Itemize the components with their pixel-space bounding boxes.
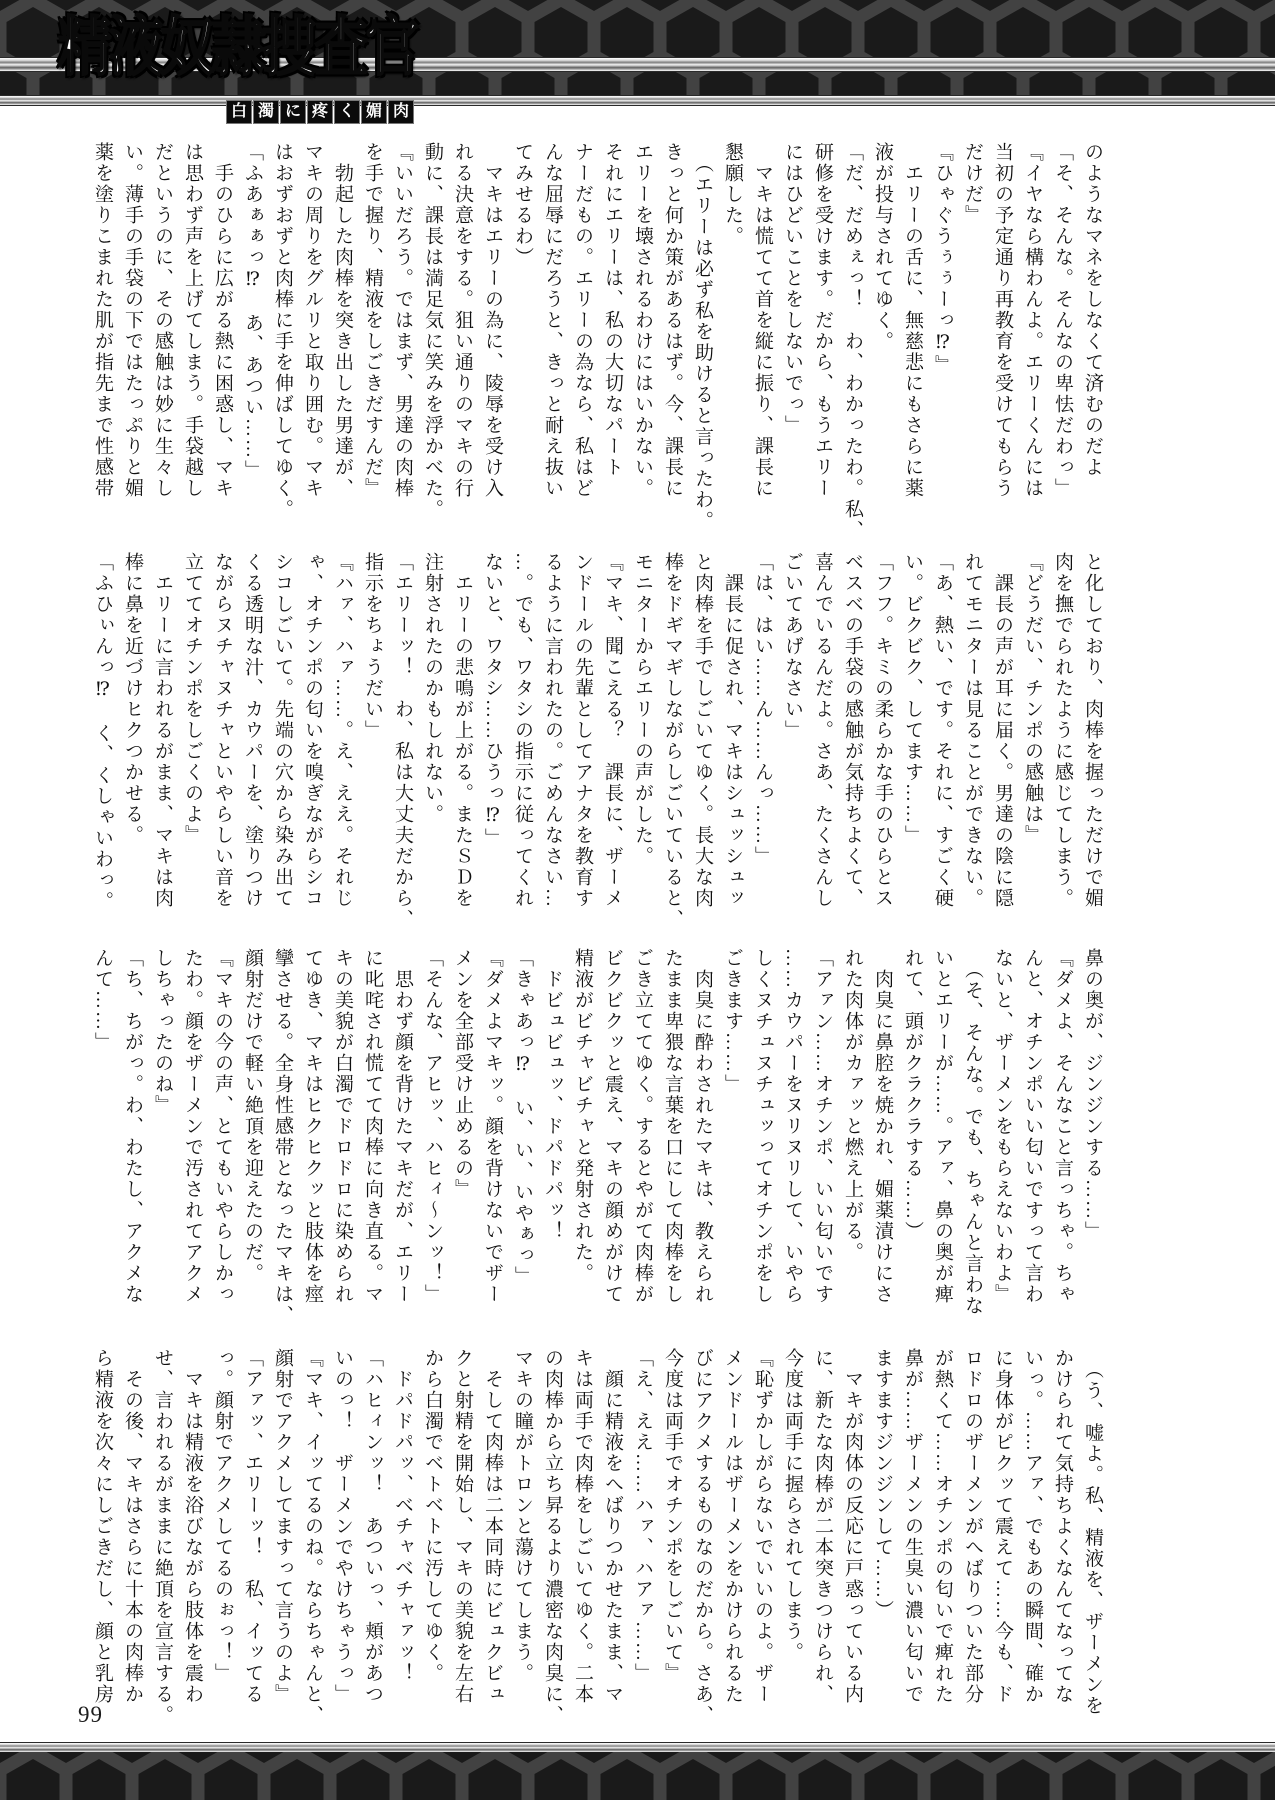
- text-column: マキが肉体の反応に戸惑っている内: [837, 1348, 867, 1720]
- text-column: 「アァッ、エリーッ！ 私、イッてる: [237, 1348, 267, 1720]
- text-column: に身体がピクッて震えて……今も、ド: [987, 1348, 1017, 1720]
- text-column: 肉を撫でられたように感じてしまう。: [1047, 552, 1077, 924]
- text-column: 喜んでいるんだよ。さあ、たくさんし: [807, 552, 837, 924]
- text-column: （エリーは必ず私を助けると言ったわ。: [687, 142, 717, 514]
- text-column: 「だ、だめぇっ！ わ、わかったわ。私、: [837, 142, 867, 514]
- text-column: 『マキの今の声、とてもいやらしかっ: [207, 948, 237, 1320]
- text-column: れる決意をする。狙い通りのマキの行: [447, 142, 477, 514]
- metallic-divider-top-2: [0, 95, 1275, 106]
- page-header-banner: 精液奴隷捜査官 白濁に疼く媚肉: [0, 0, 1275, 128]
- text-column: ゃ、オチンポの匂いを嗅ぎながらシコ: [297, 552, 327, 924]
- text-column: エリーに言われるがまま、マキは肉: [147, 552, 177, 924]
- book-subtitle-char: 肉: [389, 101, 413, 123]
- text-column: かけられて気持ちよくなんてなってな: [1047, 1348, 1077, 1720]
- text-column: 攣させる。全身性感帯となったマキは、: [267, 948, 297, 1320]
- text-column: メンドールはザーメンをかけられるた: [717, 1348, 747, 1720]
- text-column: モニターからエリーの声がした。: [627, 552, 657, 924]
- text-column: その後、マキはさらに十本の肉棒か: [117, 1348, 147, 1720]
- text-column: に叱咤され慌てて肉棒に向き直る。マ: [357, 948, 387, 1320]
- text-column: 「ふひぃんっ⁉ く、くしゃいわっ。: [87, 552, 117, 924]
- text-column: い。ビクビク、してます……」: [897, 552, 927, 924]
- text-column: いのっ！ ザーメンでやけちゃうっ」: [327, 1348, 357, 1720]
- book-subtitle-char: 疼: [308, 101, 332, 123]
- text-column: るように言われたの。ごめんなさい…: [537, 552, 567, 924]
- text-column: だというのに、その感触は妙に生々し: [147, 142, 177, 514]
- text-column: 「え、ええ……ハァ、ハアァ……」: [627, 1348, 657, 1720]
- text-column: 「そ、そんな。そんなの卑怯だわっ」: [1047, 142, 1077, 514]
- text-column: ら精液を次々にしごきだし、顔と乳房: [87, 1348, 117, 1720]
- text-column: （そ、そんな。でも、ちゃんと言わな: [957, 948, 987, 1320]
- text-column: いとエリーが……。アァ、鼻の奥が痺: [927, 948, 957, 1320]
- text-column: マキは精液を浴びながら肢体を震わ: [177, 1348, 207, 1720]
- text-column: 「エリーッ！ わ、私は大丈夫だから、: [387, 552, 417, 924]
- text-column: 懇願した。: [717, 142, 747, 514]
- text-column: マキは慌てて首を縦に振り、課長に: [747, 142, 777, 514]
- text-band-4: （う、嘘よ。私、精液を、ザーメンをかけられて気持ちよくなんてなってないっ。……ア…: [65, 1348, 1107, 1720]
- text-column: に、新たな肉棒が二本突きつけられ、: [807, 1348, 837, 1720]
- text-column: 薬を塗りこまれた肌が指先まで性感帯: [87, 142, 117, 514]
- text-column: 勃起した肉棒を突き出した男達が、: [327, 142, 357, 514]
- text-column: 液が投与されてゆく。: [867, 142, 897, 514]
- text-column: マキはエリーの為に、陵辱を受け入: [477, 142, 507, 514]
- text-column: たわ。顔をザーメンで汚されてアクメ: [177, 948, 207, 1320]
- book-subtitle-char: 媚: [362, 101, 386, 123]
- text-column: は思わず声を上げてしまう。手袋越し: [177, 142, 207, 514]
- text-column: れた肉体がカァッと燃え上がる。: [837, 948, 867, 1320]
- text-column: 顔射でアクメしてますって言うのよ』: [267, 1348, 297, 1720]
- book-subtitle: 白濁に疼く媚肉: [227, 101, 416, 123]
- text-column: と肉棒を手でしごいてゆく。長大な肉: [687, 552, 717, 924]
- text-column: そして肉棒は二本同時にビュクビュ: [477, 1348, 507, 1720]
- text-column: ないと、ワタシ……ひうっ⁉」: [477, 552, 507, 924]
- text-column: メンを全部受け止めるの』: [447, 948, 477, 1320]
- text-column: ロドロのザーメンがへばりついた部分: [957, 1348, 987, 1720]
- text-column: ごいてあげなさい」: [777, 552, 807, 924]
- text-column: エリーの悲鳴が上がる。またＳＤを: [447, 552, 477, 924]
- text-column: 立ててオチンポをしごくのよ』: [177, 552, 207, 924]
- text-column: くる透明な汁、カウパーを、塗りつけ: [237, 552, 267, 924]
- text-column: ビクビクッと震え、マキの顔めがけて: [597, 948, 627, 1320]
- book-title: 精液奴隷捜査官: [58, 16, 417, 80]
- text-column: ……カウパーをヌリヌリして、いやら: [777, 948, 807, 1320]
- text-column: 今度は両手でオチンポをしごいて』: [657, 1348, 687, 1720]
- text-column: 「は、はい……ん……んっ……」: [747, 552, 777, 924]
- text-column: んと、オチンポいい匂いですって言わ: [1017, 948, 1047, 1320]
- text-column: 『マキ、聞こえる？ 課長に、ザーメ: [597, 552, 627, 924]
- text-column: から白濁でベトベトに汚してゆく。: [417, 1348, 447, 1720]
- text-band-1: のようなマネをしなくて済むのだよ「そ、そんな。そんなの卑怯だわっ」『イヤなら構わ…: [65, 142, 1107, 514]
- text-column: マキの瞳がトロンと蕩けてしまう。: [507, 1348, 537, 1720]
- text-column: 『イヤなら構わんよ。エリーくんには: [1017, 142, 1047, 514]
- text-column: ながらヌチャヌチャといやらしい音を: [207, 552, 237, 924]
- text-column: エリーを壊されるわけにはいかない。: [627, 142, 657, 514]
- page-number: 99: [78, 1702, 103, 1728]
- text-column: びにアクメするものなのだから。さあ、: [687, 1348, 717, 1720]
- text-column: ンドールの先輩としてアナタを教育す: [567, 552, 597, 924]
- book-subtitle-char: 白: [227, 101, 251, 123]
- text-column: 今度は両手に握らされてしまう。: [777, 1348, 807, 1720]
- text-column: 注射されたのかもしれない。: [417, 552, 447, 924]
- text-column: ドビュビュッ、ドパドパッ！: [537, 948, 567, 1320]
- text-column: てゆき、マキはヒクヒクッと肢体を痙: [297, 948, 327, 1320]
- text-column: 『恥ずかしがらないでいいのよ。ザー: [747, 1348, 777, 1720]
- text-column: 棒に鼻を近づけヒクつかせる。: [117, 552, 147, 924]
- text-column: ないと、ザーメンをもらえないわよ』: [987, 948, 1017, 1320]
- text-column: 『マキ、イッてるのね。ならちゃんと、: [297, 1348, 327, 1720]
- text-column: 「ち、ちがっ。わ、わたし、アクメな: [117, 948, 147, 1320]
- text-column: 鼻の奥が、ジンジンする……」: [1077, 948, 1107, 1320]
- book-subtitle-char: く: [335, 101, 359, 123]
- text-column: 「ハヒィンッ！ あついっ、頬があつ: [357, 1348, 387, 1720]
- text-column: せ、言われるがままに絶頂を宣言する。: [147, 1348, 177, 1720]
- book-subtitle-char: 濁: [254, 101, 278, 123]
- text-column: キの美貌が白濁でドロドロに染められ: [327, 948, 357, 1320]
- text-column: 『いいだろう。ではまず、男達の肉棒: [387, 142, 417, 514]
- text-column: 『ひゃぐうぅぅーっ⁉』: [927, 142, 957, 514]
- text-column: エリーの舌に、無慈悲にもさらに薬: [897, 142, 927, 514]
- text-column: 指示をちょうだい」: [357, 552, 387, 924]
- text-column: 思わず顔を背けたマキだが、エリー: [387, 948, 417, 1320]
- text-column: たまま卑猥な言葉を口にして肉棒をし: [657, 948, 687, 1320]
- text-column: 動に、課長は満足気に笑みを浮かべた。: [417, 142, 447, 514]
- book-subtitle-char: に: [281, 101, 305, 123]
- text-column: …。でも、ワタシの指示に従ってくれ: [507, 552, 537, 924]
- text-column: ごき立ててゆく。するとやがて肉棒が: [627, 948, 657, 1320]
- text-column: ますますジンジンして……）: [867, 1348, 897, 1720]
- text-column: マキの周りをグルリと取り囲む。マキ: [297, 142, 327, 514]
- text-column: （う、嘘よ。私、精液を、ザーメンを: [1077, 1348, 1107, 1720]
- text-column: の肉棒から立ち昇るより濃密な肉臭に、: [537, 1348, 567, 1720]
- text-column: 「あ、熱い、です。それに、すごく硬: [927, 552, 957, 924]
- text-column: んな屈辱にだろうと、きっと耐え抜い: [537, 142, 567, 514]
- text-column: 「そんな、アヒッ、ハヒィ〜ンッ！」: [417, 948, 447, 1320]
- text-column: 肉臭に酔わされたマキは、教えられ: [687, 948, 717, 1320]
- text-column: しちゃったのね』: [147, 948, 177, 1320]
- text-column: ごきます……」: [717, 948, 747, 1320]
- text-column: ベスベの手袋の感触が気持ちよくて、: [837, 552, 867, 924]
- text-column: 「アァン……オチンポ、いい匂いです: [807, 948, 837, 1320]
- text-column: クと射精を開始し、マキの美貌を左右: [447, 1348, 477, 1720]
- text-column: 課長に促され、マキはシュッシュッ: [717, 552, 747, 924]
- text-column: ドパドパッ、ベチャベチャァッ！: [387, 1348, 417, 1720]
- text-column: っ。顔射でアクメしてるのぉっ！」: [207, 1348, 237, 1720]
- text-column: れてモニターは見ることができない。: [957, 552, 987, 924]
- text-column: それにエリーは、私の大切なパート: [597, 142, 627, 514]
- text-column: れて、頭がクラクラする……）: [897, 948, 927, 1320]
- text-column: 研修を受けます。だから、もうエリー: [807, 142, 837, 514]
- text-column: 顔に精液をへばりつかせたまま、マ: [597, 1348, 627, 1720]
- hexagon-pattern-bottom: [0, 1752, 1275, 1800]
- text-column: にはひどいことをしないでっ」: [777, 142, 807, 514]
- text-column: はおずおずと肉棒に手を伸ばしてゆく。: [267, 142, 297, 514]
- text-column: 『ダメよ、そんなこと言っちゃ。ちゃ: [1047, 948, 1077, 1320]
- text-column: 「フフ。キミの柔らかな手のひらとス: [867, 552, 897, 924]
- text-column: 「ふあぁぁっ⁉ あ、あつい……」: [237, 142, 267, 514]
- text-column: 「きゃあっ⁉ い、い、いやぁっ」: [507, 948, 537, 1320]
- text-column: 鼻が……ザーメンの生臭い濃い匂いで: [897, 1348, 927, 1720]
- text-column: 『ダメよマキッ。顔を背けないでザー: [477, 948, 507, 1320]
- text-column: 当初の予定通り再教育を受けてもらう: [987, 142, 1017, 514]
- text-column: 手のひらに広がる熱に困惑し、マキ: [207, 142, 237, 514]
- text-column: シコしごいて。先端の穴から染み出て: [267, 552, 297, 924]
- book-page: { "header": { "title": "精液奴隷捜査官", "subti…: [0, 0, 1275, 1800]
- text-column: キは両手で肉棒をしごいてゆく。二本: [567, 1348, 597, 1720]
- text-band-2: と化しており、肉棒を握っただけで媚肉を撫でられたように感じてしまう。『どうだい、…: [65, 552, 1107, 924]
- text-column: 課長の声が耳に届く。男達の陰に隠: [987, 552, 1017, 924]
- text-column: 『どうだい、チンポの感触は』: [1017, 552, 1047, 924]
- text-column: 肉臭に鼻腔を焼かれ、媚薬漬けにさ: [867, 948, 897, 1320]
- text-column: てみせるわ）: [507, 142, 537, 514]
- text-column: いっ。……アァ、でもあの瞬間、確か: [1017, 1348, 1047, 1720]
- text-column: が熱くて……オチンポの匂いで痺れた: [927, 1348, 957, 1720]
- text-column: と化しており、肉棒を握っただけで媚: [1077, 552, 1107, 924]
- text-column: んて……」: [87, 948, 117, 1320]
- text-column: 棒をドギマギしながらしごいていると、: [657, 552, 687, 924]
- text-column: ナーだもの。エリーの為なら、私はど: [567, 142, 597, 514]
- text-column: 顔射だけで軽い絶頂を迎えたのだ。: [237, 948, 267, 1320]
- text-column: きっと何か策があるはず。今、課長に: [657, 142, 687, 514]
- text-column: のようなマネをしなくて済むのだよ: [1077, 142, 1107, 514]
- text-column: しくヌチュヌチュッってオチンポをし: [747, 948, 777, 1320]
- text-column: 精液がビチャビチャと発射された。: [567, 948, 597, 1320]
- text-column: 『ハァ、ハァ……。え、ええ。それじ: [327, 552, 357, 924]
- text-column: だけだ』: [957, 142, 987, 514]
- text-band-3: 鼻の奥が、ジンジンする……」『ダメよ、そんなこと言っちゃ。ちゃんと、オチンポいい…: [65, 948, 1107, 1320]
- text-column: い。薄手の手袋の下ではたっぷりと媚: [117, 142, 147, 514]
- text-column: を手で握り、精液をしごきだすんだ』: [357, 142, 387, 514]
